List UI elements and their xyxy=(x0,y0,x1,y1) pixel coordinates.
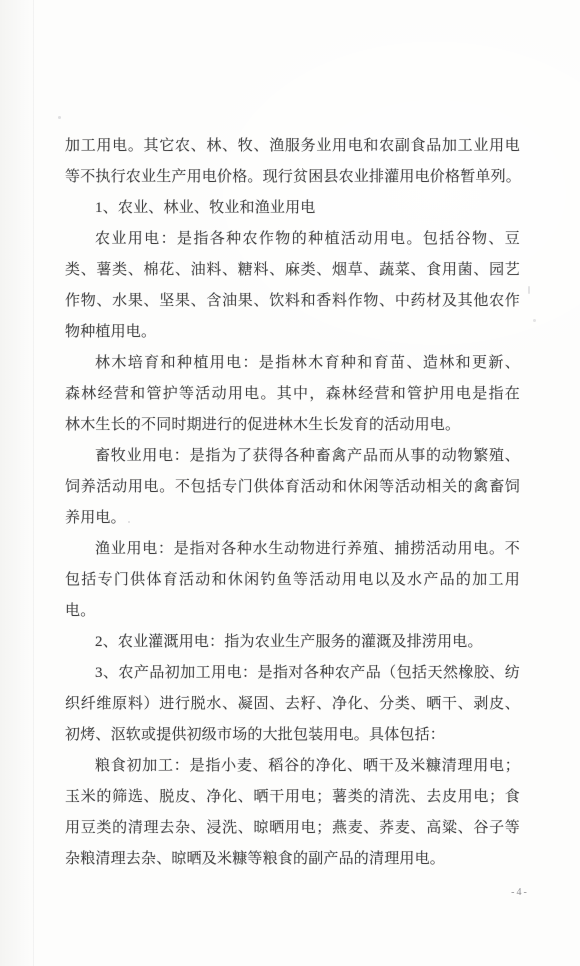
text-line: 森林经营和管护等活动用电。其中，森林经营和管护用电是指在 xyxy=(65,379,520,410)
text-line: 粮食初加工：是指小麦、稻谷的净化、晒干及米糠清理用电； xyxy=(65,751,520,782)
text-line: 用豆类的清理去杂、浸洗、晾晒用电；燕麦、荞麦、高粱、谷子等 xyxy=(65,813,520,844)
scan-edge-seam xyxy=(33,0,34,966)
text-line: 类、薯类、棉花、油料、糖料、麻类、烟草、蔬菜、食用菌、园艺 xyxy=(65,255,520,286)
text-line: 饲养活动用电。不包括专门供体育活动和休闲等活动相关的禽畜饲 xyxy=(65,472,520,503)
scanned-document-page: 加工用电。其它农、林、牧、渔服务业用电和农副食品加工业用电 等不执行农业生产用电… xyxy=(0,0,580,966)
text-line: 杂粮清理去杂、晾晒及米糠等粮食的副产品的清理用电。 xyxy=(65,844,520,875)
scan-speck xyxy=(58,116,61,119)
scan-speck xyxy=(533,319,536,322)
text-line: 等不执行农业生产用电价格。现行贫困县农业排灌用电价格暂单列。 xyxy=(65,162,520,193)
page-number: -4- xyxy=(500,887,540,898)
text-line: 初烤、沤软或提供初级市场的大批包装用电。具体包括： xyxy=(65,720,520,751)
text-line: 林木生长的不同时期进行的促进林木生长发育的活动用电。 xyxy=(65,410,520,441)
text-line: 包括专门供体育活动和休闲钓鱼等活动用电以及水产品的加工用 xyxy=(65,565,520,596)
text-line: 2、农业灌溉用电：指为农业生产服务的灌溉及排涝用电。 xyxy=(65,627,520,658)
text-line: 农业用电：是指各种农作物的种植活动用电。包括谷物、豆 xyxy=(65,224,520,255)
text-line: 林木培育和种植用电：是指林木育种和育苗、造林和更新、 xyxy=(65,348,520,379)
text-line: 渔业用电：是指对各种水生动物进行养殖、捕捞活动用电。不 xyxy=(65,534,520,565)
document-body-text: 加工用电。其它农、林、牧、渔服务业用电和农副食品加工业用电 等不执行农业生产用电… xyxy=(65,131,520,875)
text-line: 畜牧业用电：是指为了获得各种畜禽产品而从事的动物繁殖、 xyxy=(65,441,520,472)
text-line: 3、农产品初加工用电：是指对各种农产品（包括天然橡胶、纺 xyxy=(65,658,520,689)
text-line: 电。 xyxy=(65,596,520,627)
scan-speck xyxy=(528,286,530,294)
scan-speck xyxy=(128,521,130,523)
text-line: 1、农业、林业、牧业和渔业用电 xyxy=(65,193,520,224)
text-line: 玉米的筛选、脱皮、净化、晒干用电；薯类的清洗、去皮用电；食 xyxy=(65,782,520,813)
text-line: 养用电。 xyxy=(65,503,520,534)
text-line: 织纤维原料）进行脱水、凝固、去籽、净化、分类、晒干、剥皮、 xyxy=(65,689,520,720)
text-line: 作物、水果、坚果、含油果、饮料和香料作物、中药材及其他农作 xyxy=(65,286,520,317)
text-line: 物种植用电。 xyxy=(65,317,520,348)
text-line: 加工用电。其它农、林、牧、渔服务业用电和农副食品加工业用电 xyxy=(65,131,520,162)
